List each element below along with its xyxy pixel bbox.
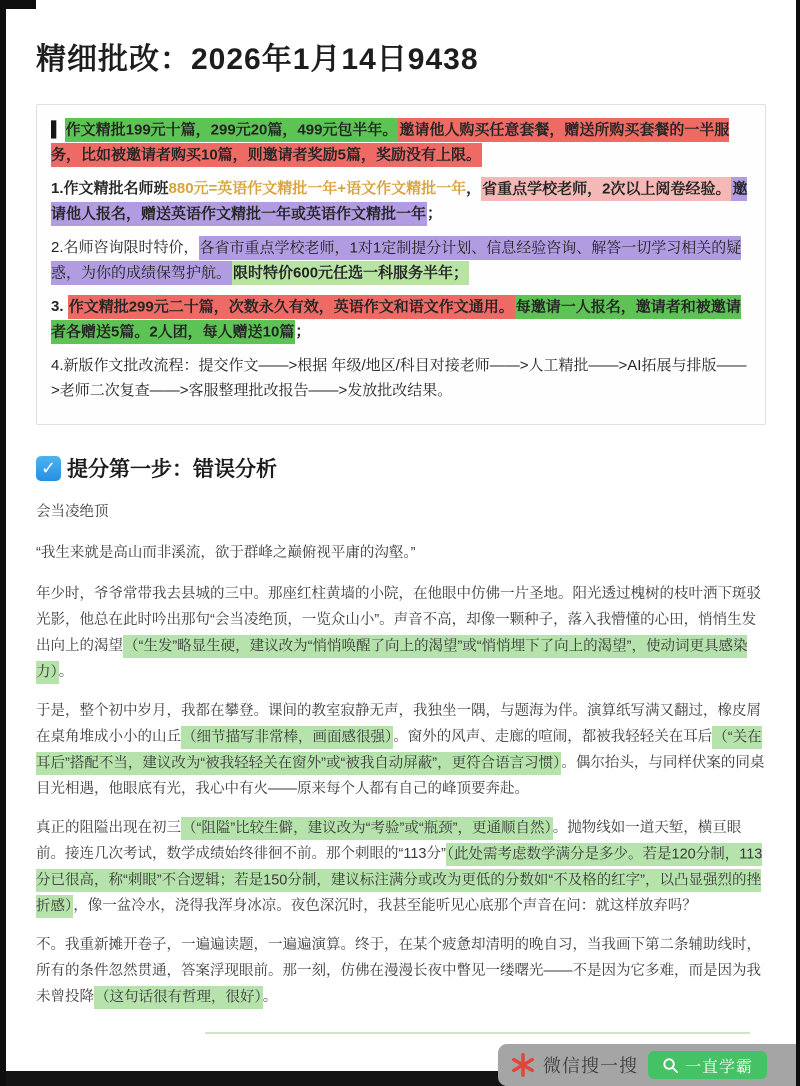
text-segment: ； [427, 205, 442, 222]
promo-paragraph-teacher-class: 1.作文精批名师班880元=英语作文精批一年+语文作文精批一年，省重点学校老师，… [51, 176, 751, 226]
wechat-search-label: 微信搜一搜 [543, 1052, 638, 1078]
wechat-search-sparkle-icon [510, 1052, 536, 1078]
text-segment: ； [295, 323, 310, 340]
text-segment: 作文精批199元十篇，299元20篇，499元包半年。 [65, 118, 399, 142]
footer-divider [205, 1032, 750, 1034]
text-segment: 。窗外的风声、走廊的喧闹，都被我轻轻关在耳后 [393, 729, 712, 745]
blue-check-icon: ✓ [36, 456, 61, 481]
text-segment: 真正的阻隘出现在初三 [36, 820, 181, 836]
text-segment: ，像一盆冷水，浇得我浑身冰凉。夜色深沉时，我甚至能听见心底那个声音在问：就这样放… [73, 898, 697, 914]
essay-paragraph: 不。我重新摊开卷子，一遍遍读题，一遍遍演算。终于，在某个疲惫却清明的晚自习，当我… [36, 932, 766, 1010]
screen-edge-right [796, 0, 800, 1086]
text-segment: 限时特价600元任选一科服务半年； [232, 261, 469, 285]
essay-title: 会当凌绝顶 [36, 499, 766, 525]
text-segment: ， [466, 180, 481, 197]
promo-box: ▌作文精批199元十篇，299元20篇，499元包半年。邀请他人购买任意套餐，赠… [36, 104, 766, 425]
search-button[interactable]: 一直学霸 [648, 1051, 767, 1079]
section-title: 提分第一步：错误分析 [67, 453, 277, 483]
text-segment: 2.名师咨询限时特价， [51, 239, 199, 256]
text-segment: ▌ [51, 121, 62, 138]
screen-edge-notch [0, 0, 36, 9]
promo-paragraph-pricing: ▌作文精批199元十篇，299元20篇，499元包半年。邀请他人购买任意套餐，赠… [51, 117, 751, 167]
wechat-search-bar[interactable]: 微信搜一搜 一直学霸 [498, 1044, 800, 1086]
essay-paragraph: 于是，整个初中岁月，我都在攀登。课间的教室寂静无声，我独坐一隅，与题海为伴。演算… [36, 698, 766, 802]
text-segment: 1.作文精批名师班 [51, 180, 169, 197]
essay-paragraph: 真正的阻隘出现在初三（“阻隘”比较生僻，建议改为“考验”或“瓶颈”，更通顺自然）… [36, 815, 766, 919]
search-button-label: 一直学霸 [685, 1054, 753, 1077]
text-segment: （这句话很有哲理，很好） [94, 986, 263, 1009]
text-segment: （“阻隘”比较生僻，建议改为“考验”或“瓶颈”，更通顺自然） [181, 817, 553, 840]
screen-edge-left [0, 0, 6, 1086]
text-segment: 3. [51, 298, 68, 315]
text-segment: 880元=英语作文精批一年+语文作文精批一年 [169, 180, 467, 197]
page-title: 精细批改：2026年1月14日9438 [36, 34, 766, 78]
text-segment: 。 [263, 989, 278, 1005]
article-content: 精细批改：2026年1月14日9438 ▌作文精批199元十篇，299元20篇，… [0, 0, 800, 1010]
article-page: 精细批改：2026年1月14日9438 ▌作文精批199元十篇，299元20篇，… [0, 0, 800, 1086]
promo-paragraph-package: 3. 作文精批299元二十篇，次数永久有效，英语作文和语文作文通用。每邀请一人报… [51, 294, 751, 344]
text-segment: （“生发”略显生硬，建议改为“悄悄唤醒了向上的渴望”或“悄悄埋下了向上的渴望”，… [36, 635, 747, 684]
essay-paragraph: 年少时，爷爷常带我去县城的三中。那座红柱黄墙的小院，在他眼中仿佛一片圣地。阳光透… [36, 581, 766, 685]
essay-body: 会当凌绝顶 “我生来就是高山而非溪流，欲于群峰之巅俯视平庸的沟壑。” 年少时，爷… [36, 499, 766, 1010]
text-segment: （细节描写非常棒，画面感很强） [181, 726, 393, 749]
text-segment: 4.新版作文批改流程：提交作文——>根据 年级/地区/科目对接老师——>人工精批… [51, 357, 746, 399]
essay-quote: “我生来就是高山而非溪流，欲于群峰之巅俯视平庸的沟壑。” [36, 540, 766, 566]
text-segment: 。 [59, 664, 74, 680]
search-icon [662, 1057, 679, 1074]
section-header: ✓ 提分第一步：错误分析 [36, 453, 766, 483]
text-segment: 省重点学校老师，2次以上阅卷经验。 [481, 177, 731, 201]
text-segment: 作文精批299元二十篇，次数永久有效，英语作文和语文作文通用。 [68, 295, 515, 319]
promo-paragraph-workflow: 4.新版作文批改流程：提交作文——>根据 年级/地区/科目对接老师——>人工精批… [51, 353, 751, 403]
promo-paragraph-consulting: 2.名师咨询限时特价，各省市重点学校老师，1对1定制提分计划、信息经验咨询、解答… [51, 235, 751, 285]
